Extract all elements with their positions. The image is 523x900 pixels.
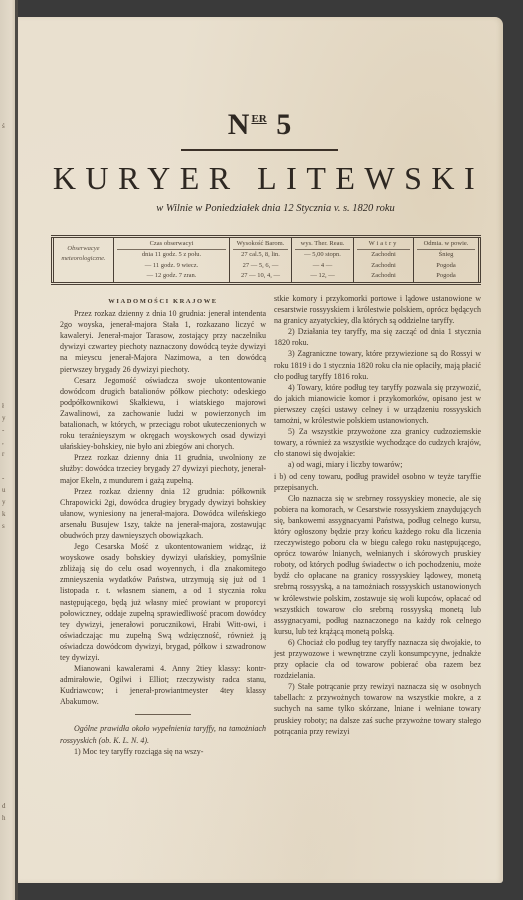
column-header: wys. Ther. Reau. <box>295 238 350 250</box>
thermometer-column: wys. Ther. Reau. — 5,00 stopn. — 4 — — 1… <box>291 238 353 282</box>
newspaper-page: NER 5 KURYER LITEWSKI w Wilnie w Poniedz… <box>18 17 503 883</box>
number-value: 5 <box>276 108 293 141</box>
table-cell: — 5,00 stopn. <box>292 250 353 261</box>
wind-column: Wiatry Zachodni Zachodni Zachodni <box>353 238 413 282</box>
issue-number: NER 5 <box>18 104 503 140</box>
table-cell: Zachodni <box>354 271 413 282</box>
table-cell: Zachodni <box>354 250 413 261</box>
article-paragraph: i b) od ceny towaru, podług prawideł oso… <box>274 471 481 493</box>
table-cell: Pogoda <box>414 261 478 272</box>
section-divider <box>135 714 191 715</box>
column-header: Wiatry <box>357 238 410 250</box>
previous-page-edge: ś ły-,r-uyks dh <box>0 0 16 900</box>
article-paragraph: stkie komory i przykomorki portowe i ląd… <box>274 293 481 326</box>
tariff-heading: Ogólne prawidła około wypełnienia taryff… <box>60 723 266 745</box>
barometer-column: Wysokość Barom. 27 cal.5, 8, lin. 27 — 5… <box>229 238 291 282</box>
table-cell: — 12, — <box>292 271 353 282</box>
article-paragraph: Przez rozkaz dzienny dnia 11 grudnia, uw… <box>60 452 266 485</box>
table-cell: 27 — 10, 4, — <box>230 271 291 282</box>
article-paragraph: 5) Za wszystkie przywożone zza granicy c… <box>274 426 481 459</box>
article-paragraph: 3) Zagraniczne towary, które przywiezion… <box>274 348 481 381</box>
article-paragraph: Mianowani kawalerami 4. Anny 2tiey klass… <box>60 663 266 707</box>
article-paragraph: Jego Cesarska Mość z ukontentowaniem wid… <box>60 541 266 663</box>
article-paragraph: 2) Działania tey taryffy, ma się zacząć … <box>274 326 481 348</box>
article-paragraph: Przez rozkaz dzienny z dnia 10 grudnia: … <box>60 308 266 375</box>
article-paragraph: a) od wagi, miary i liczby towarów; <box>274 459 481 470</box>
time-column: Czas obserwacyi dnia 11 godz. 5 z połu. … <box>113 238 229 282</box>
table-cell: — 4 — <box>292 261 353 272</box>
article-paragraph: Przez rozkaz dzienny dnia 12 grudnia: pó… <box>60 486 266 541</box>
table-cell: 27 cal.5, 8, lin. <box>230 250 291 261</box>
table-cell: Pogoda <box>414 271 478 282</box>
column-header: Czas obserwacyi <box>117 238 226 250</box>
article-paragraph: 4) Towary, które podług tey taryffy pozw… <box>274 382 481 426</box>
right-column: stkie komory i przykomorki portowe i ląd… <box>274 293 481 737</box>
number-suffix: ER <box>251 113 266 125</box>
article-paragraph: 6) Chociaż cło podług tey taryffy naznac… <box>274 637 481 681</box>
table-cell: — 12 godz. 7 zran. <box>114 271 229 282</box>
article-paragraph: Cło naznacza się w srebrney rossyyskiey … <box>274 493 481 637</box>
article-paragraph: Cesarz Jegomość oświadcza swoje ukontent… <box>60 375 266 453</box>
table-cell: — 11 godz. 9 wiecz. <box>114 261 229 272</box>
table-cell: Zachodni <box>354 261 413 272</box>
masthead-rule <box>181 149 338 151</box>
table-cell: dnia 11 godz. 5 z połu. <box>114 250 229 261</box>
weather-column: Odmia. w powie. Śnieg Pogoda Pogoda <box>413 238 481 282</box>
dateline: w Wilnie w Poniedziałek dnia 12 Stycznia… <box>18 203 503 214</box>
article-paragraph: 7) Stałe potrącanie przy rewizyi naznacz… <box>274 681 481 736</box>
number-prefix: N <box>228 108 252 141</box>
section-heading: WIADOMOŚCI KRAJOWE <box>60 296 266 307</box>
newspaper-title: KURYER LITEWSKI <box>18 160 503 196</box>
column-header: Odmia. w powie. <box>417 238 475 250</box>
weather-table-label: Obserwacye meteorologiczne. <box>54 238 113 264</box>
column-header: Wysokość Barom. <box>233 238 288 250</box>
table-cell: Śnieg <box>414 250 478 261</box>
left-column: WIADOMOŚCI KRAJOWE Przez rozkaz dzienny … <box>60 293 266 757</box>
table-cell: 27 — 5, 6, — <box>230 261 291 272</box>
article-paragraph: 1) Moc tey taryffy rozciąga się na wszy- <box>60 746 266 757</box>
weather-observation-table: Obserwacye meteorologiczne. Czas obserwa… <box>51 235 481 285</box>
